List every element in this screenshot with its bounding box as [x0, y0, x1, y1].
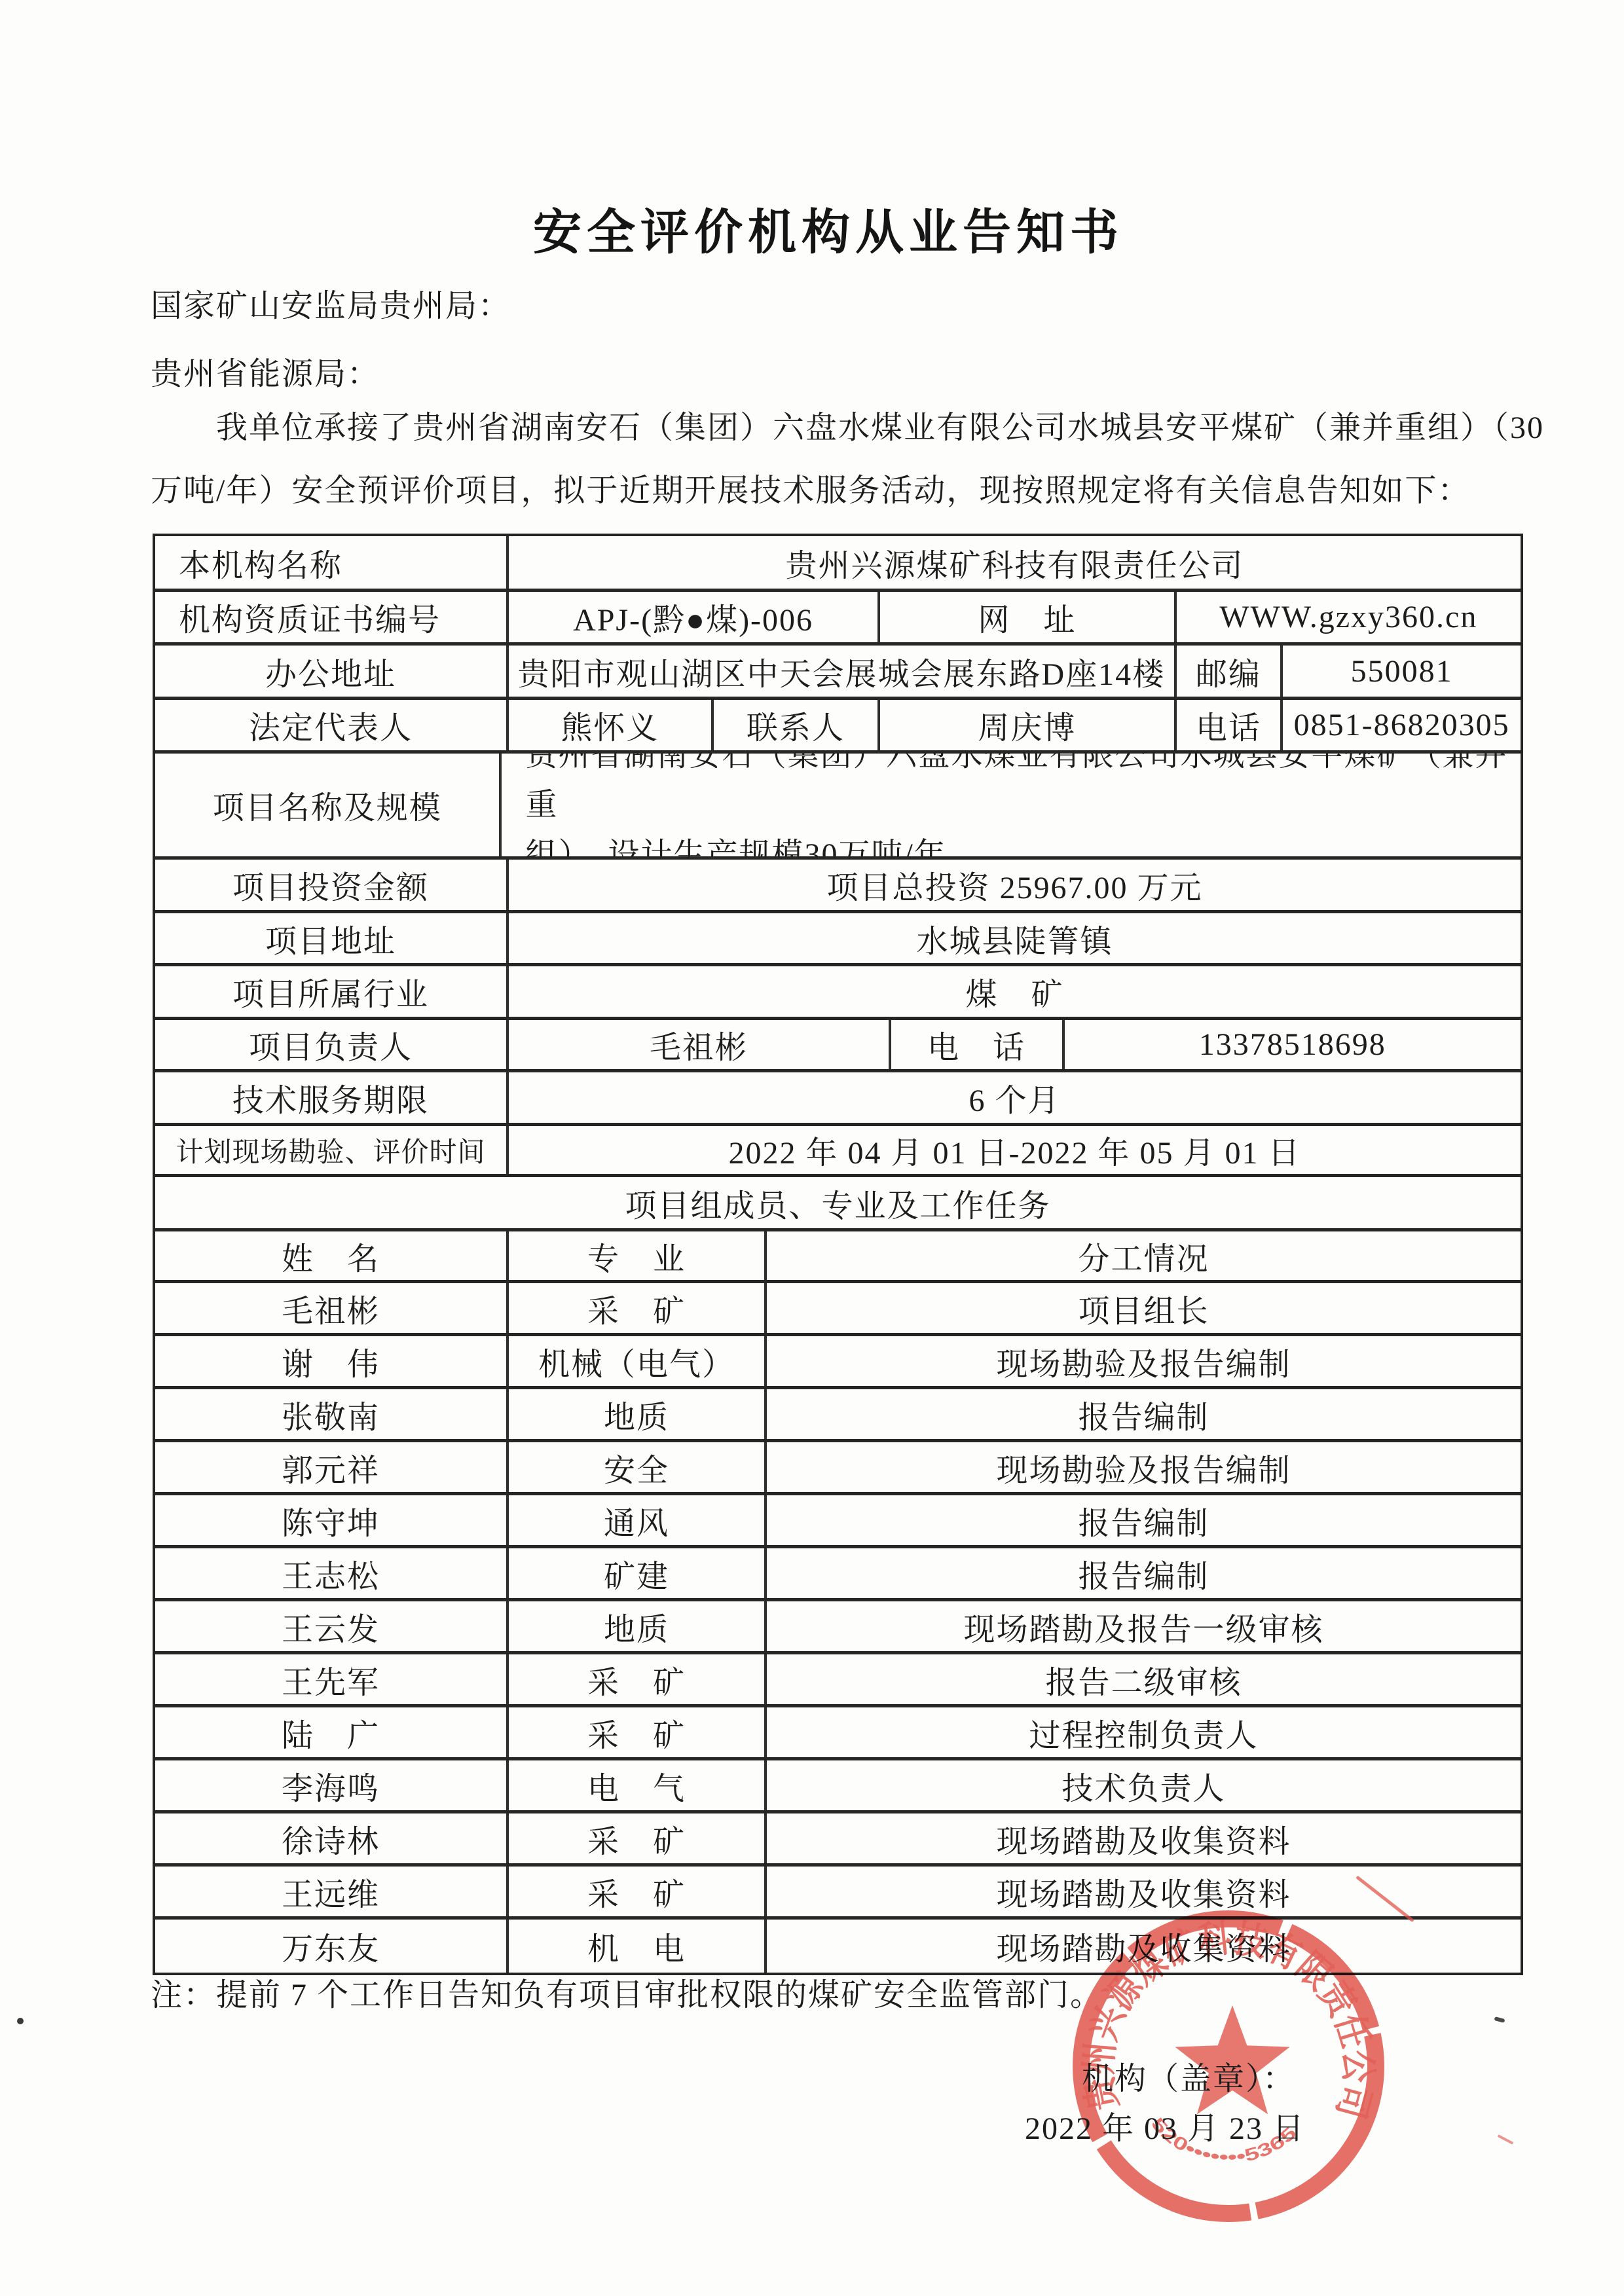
- col-header-duty: 分工情况: [767, 1231, 1521, 1280]
- member-specialty: 采 矿: [509, 1283, 767, 1333]
- member-specialty: 安全: [509, 1442, 767, 1492]
- table-row: 技术服务期限6 个月: [155, 1072, 1521, 1126]
- label-contact: 联系人: [714, 700, 880, 750]
- value-leader-phone: 13378518698: [1065, 1020, 1521, 1069]
- col-header-specialty: 专 业: [509, 1231, 767, 1280]
- label-project-leader: 项目负责人: [155, 1020, 509, 1069]
- value-industry: 煤 矿: [509, 966, 1521, 1017]
- member-specialty: 地质: [509, 1389, 767, 1439]
- member-duty: 报告编制: [767, 1389, 1521, 1439]
- page-title: 安全评价机构从业告知书: [33, 194, 1624, 263]
- value-website: WWW.gzxy360.cn: [1177, 592, 1521, 642]
- label-leader-phone: 电 话: [891, 1020, 1065, 1069]
- member-name: 王先军: [155, 1654, 509, 1704]
- table-row: 法定代表人熊怀义联系人周庆博电话0851-86820305: [155, 700, 1521, 754]
- member-name: 徐诗林: [155, 1813, 509, 1863]
- signature-label: 机构（盖章）：: [1082, 2053, 1295, 2098]
- member-duty: 报告二级审核: [767, 1654, 1521, 1704]
- member-duty: 技术负责人: [767, 1760, 1521, 1810]
- intro-line-2: 万吨/年）安全预评价项目，拟于近期开展技术服务活动，现按照规定将有关信息告知如下…: [151, 465, 1470, 510]
- value-legal-rep: 熊怀义: [509, 700, 714, 750]
- member-name: 王云发: [155, 1601, 509, 1651]
- value-project-name: 贵州省湖南安石（集团）六盘水煤业有限公司水城县安平煤矿（兼并重 组），设计生产规…: [502, 754, 1521, 856]
- table-row: 陈守坤通风报告编制: [155, 1495, 1521, 1548]
- member-name: 王志松: [155, 1548, 509, 1598]
- member-name: 陈守坤: [155, 1495, 509, 1545]
- member-name: 王远维: [155, 1867, 509, 1916]
- ink-speck: [17, 2018, 24, 2024]
- value-office-address: 贵阳市观山湖区中天会展城会展东路D座14楼: [509, 646, 1177, 697]
- label-cert-no: 机构资质证书编号: [155, 592, 509, 642]
- value-service-term: 6 个月: [509, 1072, 1521, 1123]
- member-specialty: 电 气: [509, 1760, 767, 1810]
- table-row: 毛祖彬采 矿项目组长: [155, 1283, 1521, 1336]
- member-name: 李海鸣: [155, 1760, 509, 1810]
- member-name: 张敬南: [155, 1389, 509, 1439]
- table-row: 办公地址贵阳市观山湖区中天会展城会展东路D座14楼邮编550081: [155, 646, 1521, 700]
- label-project-address: 项目地址: [155, 913, 509, 963]
- member-specialty: 矿建: [509, 1548, 767, 1598]
- table-row: 谢 伟机械（电气）现场勘验及报告编制: [155, 1336, 1521, 1389]
- table-row: 王云发地质现场踏勘及报告一级审核: [155, 1601, 1521, 1654]
- label-survey-schedule: 计划现场勘验、评价时间: [155, 1126, 509, 1174]
- member-name: 郭元祥: [155, 1442, 509, 1492]
- table-row: 项目负责人毛祖彬电 话13378518698: [155, 1020, 1521, 1072]
- table-row: 机构资质证书编号APJ-(黔●煤)-006网 址WWW.gzxy360.cn: [155, 592, 1521, 646]
- member-specialty: 通风: [509, 1495, 767, 1545]
- member-specialty: 采 矿: [509, 1654, 767, 1704]
- table-row: 徐诗林采 矿现场踏勘及收集资料: [155, 1813, 1521, 1867]
- label-office-address: 办公地址: [155, 646, 509, 697]
- table-row: 陆 广采 矿过程控制负责人: [155, 1707, 1521, 1760]
- label-postcode: 邮编: [1177, 646, 1283, 697]
- member-name: 陆 广: [155, 1707, 509, 1757]
- table-row: 姓 名专 业分工情况: [155, 1231, 1521, 1283]
- member-duty: 现场踏勘及报告一级审核: [767, 1601, 1521, 1651]
- table-row: 计划现场勘验、评价时间2022 年 04 月 01 日-2022 年 05 月 …: [155, 1126, 1521, 1177]
- member-specialty: 采 矿: [509, 1867, 767, 1916]
- table-row: 张敬南地质报告编制: [155, 1389, 1521, 1442]
- table-row: 项目地址水城县陡箐镇: [155, 913, 1521, 966]
- table-row: 项目投资金额项目总投资 25967.00 万元: [155, 860, 1521, 913]
- member-duty: 现场勘验及报告编制: [767, 1442, 1521, 1492]
- value-cert-no: APJ-(黔●煤)-006: [509, 592, 880, 642]
- recipient-line-2: 贵州省能源局：: [151, 348, 380, 393]
- label-industry: 项目所属行业: [155, 966, 509, 1017]
- member-name: 谢 伟: [155, 1336, 509, 1386]
- label-website: 网 址: [880, 592, 1176, 642]
- table-row: 王志松矿建报告编制: [155, 1548, 1521, 1601]
- member-name: 毛祖彬: [155, 1283, 509, 1333]
- member-specialty: 采 矿: [509, 1707, 767, 1757]
- table-row: 项目所属行业煤 矿: [155, 966, 1521, 1020]
- label-project-name: 项目名称及规模: [155, 754, 502, 856]
- table-row: 李海鸣电 气技术负责人: [155, 1760, 1521, 1813]
- label-legal-rep: 法定代表人: [155, 700, 509, 750]
- label-service-term: 技术服务期限: [155, 1072, 509, 1123]
- member-duty: 过程控制负责人: [767, 1707, 1521, 1757]
- value-phone: 0851-86820305: [1283, 700, 1521, 750]
- value-project-leader: 毛祖彬: [509, 1020, 891, 1069]
- member-duty: 现场勘验及报告编制: [767, 1336, 1521, 1386]
- member-duty: 现场踏勘及收集资料: [767, 1813, 1521, 1863]
- table-row: 项目组成员、专业及工作任务: [155, 1177, 1521, 1231]
- note-line: 注：提前 7 个工作日告知负有项目审批权限的煤矿安全监管部门。: [151, 1969, 1103, 2014]
- label-investment: 项目投资金额: [155, 860, 509, 910]
- table-row: 项目名称及规模贵州省湖南安石（集团）六盘水煤业有限公司水城县安平煤矿（兼并重 组…: [155, 754, 1521, 860]
- member-name: 万东友: [155, 1920, 509, 1973]
- member-specialty: 地质: [509, 1601, 767, 1651]
- col-header-name: 姓 名: [155, 1231, 509, 1280]
- value-org-name: 贵州兴源煤矿科技有限责任公司: [509, 536, 1521, 589]
- red-ink-streak-small: [1498, 2134, 1514, 2145]
- team-section-header: 项目组成员、专业及工作任务: [155, 1177, 1521, 1228]
- recipient-line-1: 国家矿山安监局贵州局：: [151, 280, 511, 325]
- info-table: 本机构名称贵州兴源煤矿科技有限责任公司机构资质证书编号APJ-(黔●煤)-006…: [153, 534, 1523, 1975]
- member-duty: 项目组长: [767, 1283, 1521, 1333]
- document-page: 安全评价机构从业告知书 国家矿山安监局贵州局： 贵州省能源局： 我单位承接了贵州…: [0, 0, 1624, 2296]
- value-contact: 周庆博: [880, 700, 1176, 750]
- table-row: 本机构名称贵州兴源煤矿科技有限责任公司: [155, 536, 1521, 592]
- ink-speck: [1494, 2016, 1505, 2023]
- label-org-name: 本机构名称: [155, 536, 509, 589]
- table-row: 郭元祥安全现场勘验及报告编制: [155, 1442, 1521, 1495]
- value-postcode: 550081: [1283, 646, 1521, 697]
- table-row: 王先军采 矿报告二级审核: [155, 1654, 1521, 1707]
- member-duty: 报告编制: [767, 1495, 1521, 1545]
- member-specialty: 采 矿: [509, 1813, 767, 1863]
- member-specialty: 机 电: [509, 1920, 767, 1973]
- value-project-address: 水城县陡箐镇: [509, 913, 1521, 963]
- value-survey-schedule: 2022 年 04 月 01 日-2022 年 05 月 01 日: [509, 1126, 1521, 1174]
- member-duty: 报告编制: [767, 1548, 1521, 1598]
- signature-date: 2022 年 03 月 23 日: [1025, 2103, 1305, 2148]
- intro-line-1: 我单位承接了贵州省湖南安石（集团）六盘水煤业有限公司水城县安平煤矿（兼并重组）（…: [151, 402, 1544, 447]
- member-specialty: 机械（电气）: [509, 1336, 767, 1386]
- label-phone: 电话: [1177, 700, 1283, 750]
- value-investment: 项目总投资 25967.00 万元: [509, 860, 1521, 910]
